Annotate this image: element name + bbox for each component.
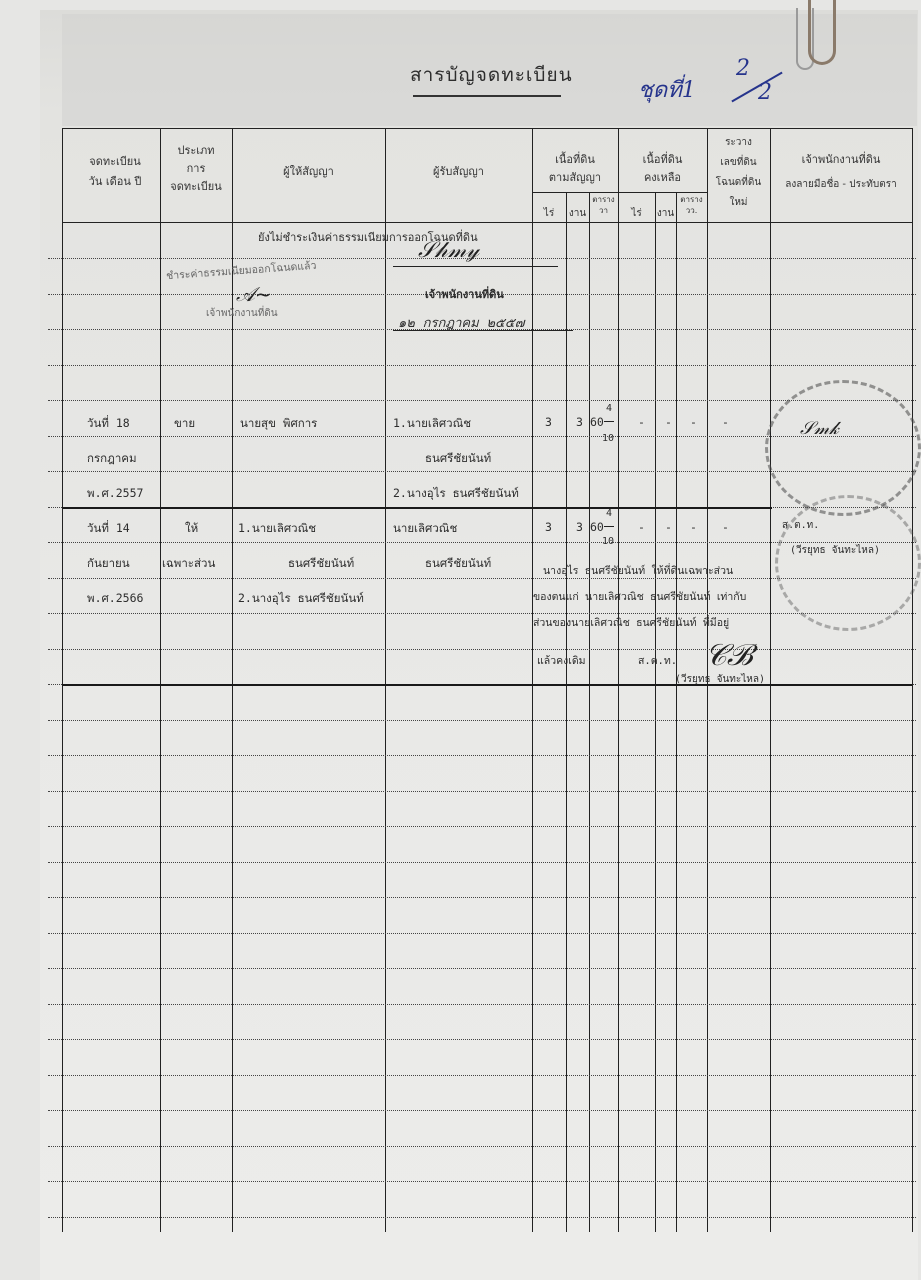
entry2-type-line2: เฉพาะส่วน (162, 555, 215, 573)
entry2-grantee-line1: นายเลิศวณิช (393, 520, 457, 538)
row-rule (48, 897, 916, 898)
paper-clip-icon (808, 0, 836, 65)
row-rule (48, 1181, 916, 1182)
entry-separator (62, 684, 912, 686)
officer-signature-2: 𝒞ℬ (705, 638, 752, 673)
entry1-rem-sqwa: - (690, 415, 697, 429)
row-rule (48, 826, 916, 827)
header-unit-rai: ไร่ (532, 206, 566, 221)
entry2-sqwa-frac-den: 10 (602, 536, 614, 547)
column-divider (566, 192, 567, 1232)
header-unit-sqwa: ตาราง วา (589, 194, 618, 216)
row-rule (48, 1004, 916, 1005)
row-rule (48, 1075, 916, 1076)
entry2-rai: 3 (545, 520, 552, 534)
handwritten-page-denominator: 2 (758, 80, 772, 105)
header-area-remaining-sub: คงเหลือ (618, 168, 707, 186)
entry1-sqwa-frac-num: 4 (606, 403, 612, 414)
header-unit-sqwa-remaining: ตาราง วว. (676, 194, 707, 216)
entry2-rem-sqwa: - (690, 520, 697, 534)
header-date-sub: วัน เดือน ปี (70, 172, 160, 190)
entry1-date-line3: พ.ศ.2557 (87, 485, 143, 503)
note-officer-left: เจ้าพนักงานที่ดิน (206, 306, 278, 321)
entry2-type-line1: ให้ (185, 520, 198, 538)
row-rule (48, 791, 916, 792)
entry1-fraction-bar (604, 421, 614, 422)
entry1-parcel: - (722, 415, 729, 429)
entry1-grantee-line2: ธนศรีชัยนันท์ (425, 450, 491, 468)
note-officer-center: เจ้าพนักงานที่ดิน (425, 285, 504, 303)
entry1-type: ขาย (174, 415, 195, 433)
entry2-remark-line3: ส่วนของนายเลิศวณิช ธนศรีชัยนันท์ ที่มีอย… (533, 614, 729, 631)
header-unit-rai-remaining: ไร่ (618, 206, 655, 221)
row-rule (48, 933, 916, 934)
column-divider (589, 192, 590, 1232)
row-rule (48, 258, 916, 259)
entry1-ngan: 3 (576, 415, 583, 429)
header-officer: เจ้าพนักงานที่ดิน (770, 150, 912, 168)
header-area-contract-sub: ตามสัญญา (532, 168, 618, 186)
entry2-grantor-line1: 1.นายเลิศวณิช (238, 520, 316, 538)
header-unit-ngan-remaining: งาน (655, 206, 676, 221)
entry1-sqwa: 60 (590, 415, 604, 429)
entry1-grantee-line1: 1.นายเลิศวณิช (393, 415, 471, 433)
entry2-remark-line2: ของตนแก่ นายเลิศวณิช ธนศรีชัยนันท์ เท่าก… (533, 588, 746, 605)
entry2-rem-rai: - (638, 520, 645, 534)
entry2-rem-ngan: - (665, 520, 672, 534)
entry2-grantee-line2: ธนศรีชัยนันท์ (425, 555, 491, 573)
row-rule (48, 862, 916, 863)
left-signature: 𝒜~ (236, 282, 272, 306)
handwritten-set-number: ชุดที่1 (638, 72, 696, 107)
entry1-grantee-line3: 2.นางอุไร ธนศรีชัยนันท์ (393, 485, 519, 503)
entry1-rem-ngan: - (665, 415, 672, 429)
table-top-border (62, 128, 912, 129)
row-rule (48, 720, 916, 721)
entry2-date-line3: พ.ศ.2566 (87, 590, 143, 608)
row-rule (48, 649, 916, 650)
handwritten-page-numerator: 2 (736, 56, 750, 81)
column-divider (676, 192, 677, 1232)
row-rule (48, 755, 916, 756)
entry2-remark-rank: ส.ต.ท. (638, 652, 677, 669)
header-area-contract: เนื้อที่ดิน (532, 150, 618, 168)
header-unit-ngan: งาน (566, 206, 589, 221)
header-grantor: ผู้ให้สัญญา (232, 162, 385, 180)
entry-separator (62, 507, 772, 509)
entry2-remark-line1: นางอุไร ธนศรีชัยนันท์ ให้ที่ดินเฉพาะส่วน (543, 562, 733, 579)
entry1-rai: 3 (545, 415, 552, 429)
entry2-date-line2: กันยายน (87, 555, 130, 573)
entry1-sqwa-frac-den: 10 (602, 433, 614, 444)
officer-signature: 𝒮𝒽𝓂𝓎 (418, 238, 479, 263)
column-divider (655, 192, 656, 1232)
row-rule (48, 1110, 916, 1111)
entry1-rem-rai: - (638, 415, 645, 429)
entry1-date-line1: วันที่ 18 (87, 415, 130, 433)
date-underline (393, 330, 573, 331)
header-officer-sub: ลงลายมือชื่อ - ประทับตรา (770, 177, 912, 192)
row-rule (48, 613, 916, 614)
title-underline (413, 95, 561, 97)
header-parcel: ระวาง เลขที่ดิน โฉนดที่ดิน ใหม่ (707, 133, 770, 213)
header-type: ประเภท การ จดทะเบียน (160, 142, 232, 196)
unit-subheader-line (532, 192, 707, 193)
row-rule (48, 365, 916, 366)
row-rule (48, 1217, 916, 1218)
entry1-grantor: นายสุข พิศการ (240, 415, 317, 433)
entry2-sqwa-frac-num: 4 (606, 508, 612, 519)
entry2-fraction-bar (604, 526, 614, 527)
entry2-parcel: - (722, 520, 729, 534)
signature-line (393, 266, 558, 267)
header-bottom-border (62, 222, 912, 223)
entry2-date-line1: วันที่ 14 (87, 520, 130, 538)
document-page (40, 10, 918, 1280)
entry2-ngan: 3 (576, 520, 583, 534)
row-rule (48, 1146, 916, 1147)
stamp-signature-1: 𝒮𝓂𝓀 (800, 418, 839, 439)
header-date: จดทะเบียน (70, 152, 160, 170)
official-seal-stamp-2 (775, 495, 921, 631)
entry2-grantor-line3: 2.นางอุไร ธนศรีชัยนันท์ (238, 590, 364, 608)
header-grantee: ผู้รับสัญญา (385, 162, 532, 180)
row-rule (48, 968, 916, 969)
entry2-officer-name: (วีรยุทธ จันทะไหล) (675, 672, 765, 687)
document-title: สารบัญจดทะเบียน (410, 60, 573, 90)
entry1-date-line2: กรกฎาคม (87, 450, 137, 468)
entry2-remark-line4: แล้วคงเดิม (537, 652, 586, 669)
entry2-sqwa: 60 (590, 520, 604, 534)
header-area-remaining: เนื้อที่ดิน (618, 150, 707, 168)
entry2-grantor-line2: ธนศรีชัยนันท์ (288, 555, 354, 573)
row-rule (48, 1039, 916, 1040)
